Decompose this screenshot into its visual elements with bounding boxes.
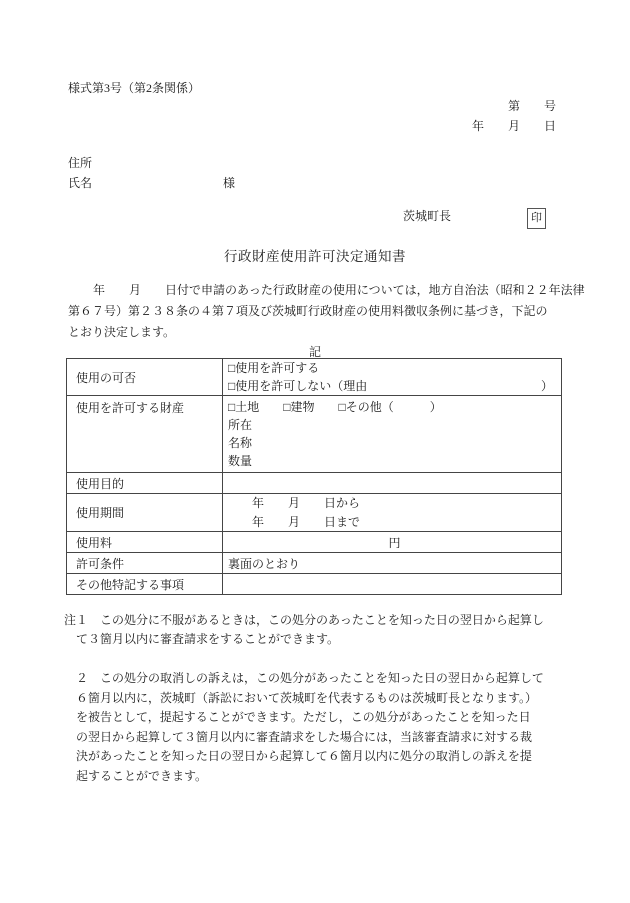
- row-label: 使用期間: [67, 494, 223, 532]
- close-paren: ）: [541, 377, 553, 395]
- document-page: 様式第3号（第2条関係） 第 号 年 月 日 住所 氏名 様 茨城町長 印 行政…: [0, 0, 630, 903]
- period-from-line: 年 月 日から: [228, 494, 561, 513]
- property-quantity-label: 数量: [228, 452, 561, 470]
- row-value: 年 月 日から 年 月 日まで: [223, 494, 562, 532]
- table-row-conditions: 許可条件 裏面のとおり: [67, 553, 562, 574]
- form-number: 様式第3号（第2条関係）: [68, 79, 200, 96]
- row-value: □使用を許可する □使用を許可しない（理由 ）: [223, 359, 562, 396]
- row-label: 使用料: [67, 532, 223, 553]
- property-kind-line: □土地 □建物 □その他（ ）: [228, 398, 561, 416]
- honorific-label: 様: [223, 174, 235, 191]
- table-row-fee: 使用料 円: [67, 532, 562, 553]
- row-value: 円: [223, 532, 562, 553]
- issuer-title: 茨城町長: [403, 207, 451, 224]
- period-to-line: 年 月 日まで: [228, 513, 561, 532]
- table-row-permission: 使用の可否 □使用を許可する □使用を許可しない（理由 ）: [67, 359, 562, 396]
- doc-number-line: 第 号: [508, 97, 556, 114]
- note-2: ２ この処分の取消しの訴えは，この処分があったことを知った日の翌日から起算して …: [64, 669, 624, 786]
- address-label: 住所: [68, 154, 92, 171]
- row-label: 許可条件: [67, 553, 223, 574]
- row-value: □土地 □建物 □その他（ ） 所在 名称 数量: [223, 396, 562, 473]
- row-value: 裏面のとおり: [223, 553, 562, 574]
- note-1: 注１ この処分に不服があるときは，この処分のあったことを知った日の翌日から起算し…: [64, 611, 624, 650]
- table-row-period: 使用期間 年 月 日から 年 月 日まで: [67, 494, 562, 532]
- row-value: [223, 473, 562, 494]
- property-name-label: 名称: [228, 434, 561, 452]
- option-deny-line: □使用を許可しない（理由 ）: [228, 377, 561, 395]
- row-label: 使用目的: [67, 473, 223, 494]
- option-permit: □使用を許可する: [228, 359, 561, 377]
- row-label: 使用の可否: [67, 359, 223, 396]
- document-title: 行政財産使用許可決定通知書: [0, 245, 630, 265]
- option-deny: □使用を許可しない（理由: [228, 379, 367, 393]
- table-row-property: 使用を許可する財産 □土地 □建物 □その他（ ） 所在 名称 数量: [67, 396, 562, 473]
- addressee-name-line: 氏名 様: [68, 174, 468, 191]
- name-label: 氏名: [68, 176, 92, 190]
- seal-mark: 印: [531, 212, 542, 224]
- seal-box: 印: [527, 208, 546, 229]
- decision-table: 使用の可否 □使用を許可する □使用を許可しない（理由 ） 使用を許可する財産 …: [66, 358, 562, 595]
- property-location-label: 所在: [228, 416, 561, 434]
- row-label: 使用を許可する財産: [67, 396, 223, 473]
- issue-date-line: 年 月 日: [472, 117, 556, 134]
- body-paragraph: 年 月 日付で申請のあった行政財産の使用については，地方自治法（昭和２２年法律 …: [68, 280, 608, 343]
- notes-section: 注１ この処分に不服があるときは，この処分のあったことを知った日の翌日から起算し…: [64, 591, 624, 806]
- table-row-purpose: 使用目的: [67, 473, 562, 494]
